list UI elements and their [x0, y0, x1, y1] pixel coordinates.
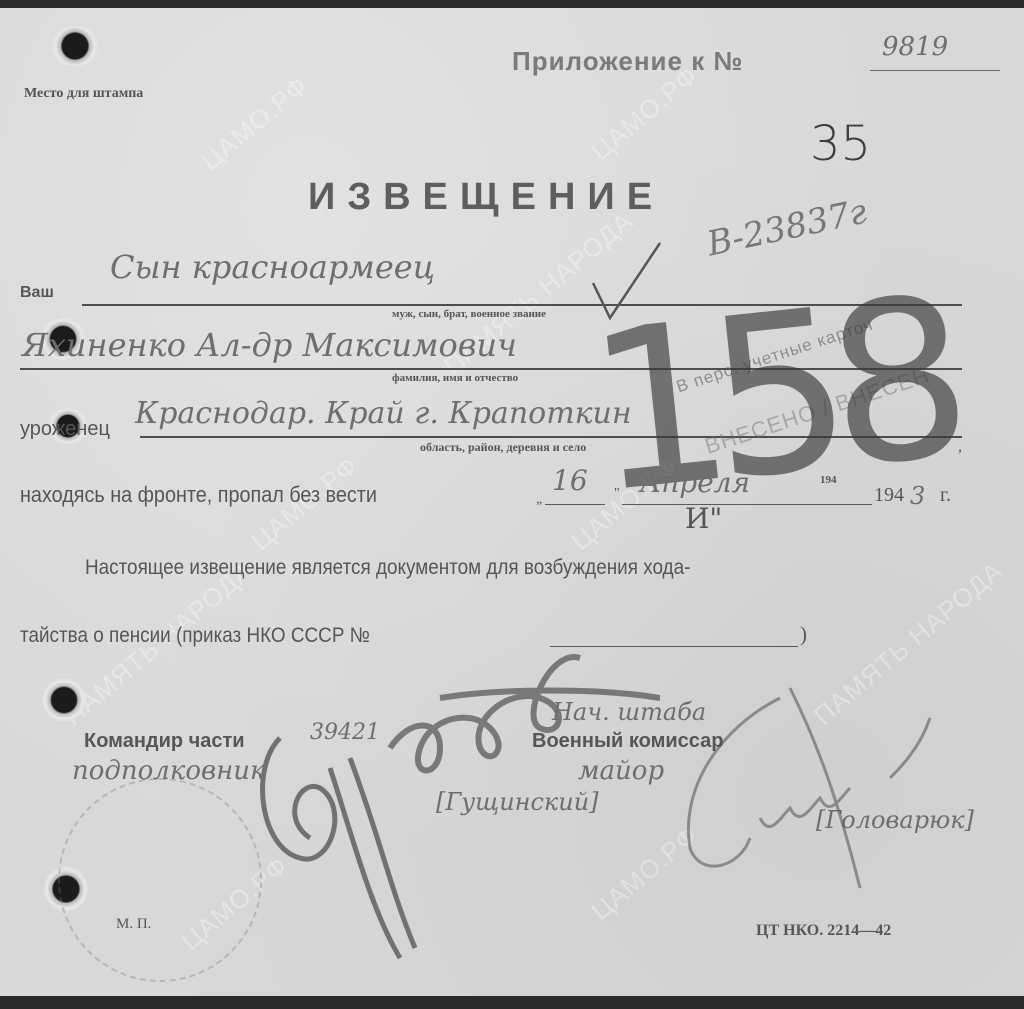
comma: , [958, 438, 962, 456]
body-paragraph-line1: Настоящее извещение является документом … [85, 556, 690, 580]
punch-hole [50, 26, 100, 66]
origin-value: Краснодар. Край г. Крапоткин [135, 396, 632, 431]
day-line [545, 504, 605, 505]
relation-value: Сын красноармеец [110, 248, 435, 286]
commissar-rank: майор [578, 756, 664, 786]
correction-mark: И" [685, 502, 722, 535]
notification-document: ЦАМО.РФ ЦАМО.РФ ПАМЯТЬ НАРОДА ЦАМО.РФ ЦА… [0, 8, 1024, 996]
open-quote: „ [536, 492, 542, 508]
small-year-note: 194 [820, 474, 837, 486]
official-seal [58, 778, 262, 982]
large-pencil-number: 158 [578, 250, 963, 542]
year-unit: г. [940, 484, 951, 507]
missing-day: 16 [552, 464, 588, 497]
commander-label: Командир части [84, 730, 245, 753]
relation-caption: муж, сын, брат, военное звание [392, 308, 546, 320]
document-title: ИЗВЕЩЕНИЕ [308, 176, 664, 219]
registration-code: В-23837г [704, 192, 871, 265]
origin-caption: область, район, деревня и село [420, 440, 586, 455]
appendix-underline [870, 70, 1000, 71]
appendix-number: 9819 [882, 32, 948, 62]
relation-prefix: Ваш [20, 284, 54, 302]
appendix-label: Приложение к № [512, 46, 743, 77]
commander-rank: подполковник [72, 756, 266, 786]
month-line [622, 504, 872, 505]
missing-month: Апреля [640, 466, 750, 499]
body-paragraph-close: ) [800, 622, 807, 647]
watermark: ЦАМО.РФ [195, 70, 314, 177]
sheet-number: 35 [810, 116, 871, 172]
seal-place-label: М. П. [116, 916, 151, 933]
name-value: Яхиненко Ал-др Максимович [22, 326, 517, 364]
commissar-signature-scribble [660, 668, 960, 908]
year-prefix: 194 [874, 484, 904, 507]
signature-name-left: [Гущинский] [436, 788, 599, 816]
stamp-place-label: Место для штампа [24, 86, 143, 102]
close-quote: " [614, 486, 620, 502]
origin-prefix: уроженец [20, 418, 110, 441]
commander-unit-number: 39421 [310, 720, 380, 745]
year-suffix: 3 [910, 482, 925, 510]
punch-hole [42, 678, 86, 722]
name-caption: фамилия, имя и отчество [392, 372, 518, 384]
missing-text: находясь на фронте, пропал без вести [20, 482, 377, 508]
form-code: ЦТ НКО. 2214—42 [756, 922, 891, 940]
